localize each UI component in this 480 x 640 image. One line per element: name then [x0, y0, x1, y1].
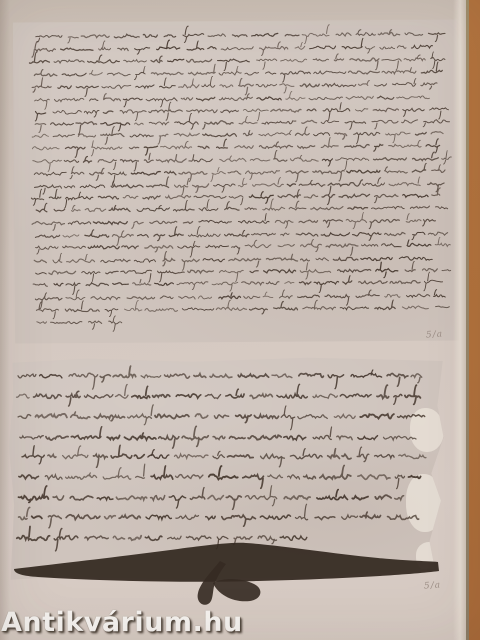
seal-tag-lobe — [213, 579, 260, 601]
page-edge-highlight — [453, 0, 466, 640]
seal-fold-silhouette — [8, 535, 448, 617]
folio-mark-top: 5/a — [426, 329, 444, 340]
manuscript-top-script-svg — [13, 19, 459, 343]
antikvarium-watermark: Antikvárium.hu — [1, 607, 243, 638]
folio-mark-bottom: 5/a — [424, 580, 442, 591]
table-backdrop-strip — [469, 0, 480, 640]
plica-fold-band — [14, 543, 439, 582]
manuscript-top — [13, 19, 459, 343]
book-page-photo: 5/a 5/a Antikvárium.hu — [0, 0, 480, 640]
